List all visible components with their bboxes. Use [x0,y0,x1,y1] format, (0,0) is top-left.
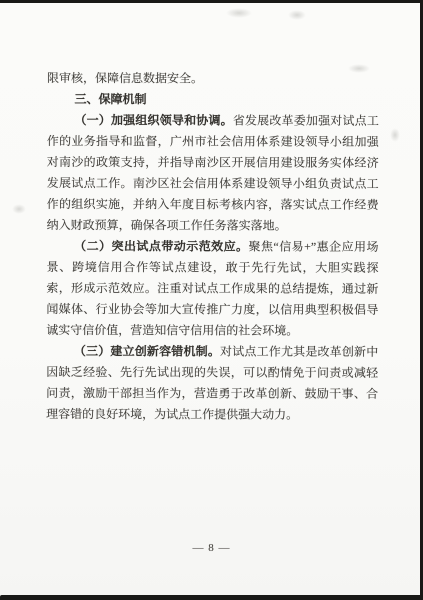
paragraph-2: （二）突出试点带动示范效应。聚焦“信易+”惠企应用场景、跨境信用合作等试点建设，… [46,236,378,342]
scan-smudge [226,8,252,18]
scan-smudge [390,128,400,142]
scan-smudge [288,10,306,20]
paragraph-2-body: 聚焦“信易+”惠企应用场景、跨境信用合作等试点建设，敢于先行先试，大胆实践探索，… [46,240,378,338]
section-heading: 三、保障机制 [47,89,379,111]
scan-edge-bottom [0,595,423,600]
document-body: 限审核，保障信息数据安全。 三、保障机制 （一）加强组织领导和协调。省发展改革委… [46,68,379,426]
scan-edge-top [0,0,423,3]
page-number: — 8 — [0,542,423,554]
paragraph-1-body: 省发展改革委加强对试点工作的业务指导和监督，广州市社会信用体系建设领导小组加强对… [47,113,379,232]
paragraph-1-lead: （一）加强组织领导和协调。 [74,113,232,127]
paragraph-3-lead: （三）建立创新容错机制。 [74,344,220,358]
paragraph-3: （三）建立创新容错机制。对试点工作尤其是改革创新中因缺乏经验、先行先试出现的失误… [46,341,378,426]
paragraph-continuation-line: 限审核，保障信息数据安全。 [47,68,379,90]
paragraph-2-lead: （二）突出试点带动示范效应。 [74,239,248,253]
scan-smudge [12,204,26,214]
scanned-document-page: 限审核，保障信息数据安全。 三、保障机制 （一）加强组织领导和协调。省发展改革委… [0,0,423,600]
paragraph-1: （一）加强组织领导和协调。省发展改革委加强对试点工作的业务指导和监督，广州市社会… [47,110,379,237]
